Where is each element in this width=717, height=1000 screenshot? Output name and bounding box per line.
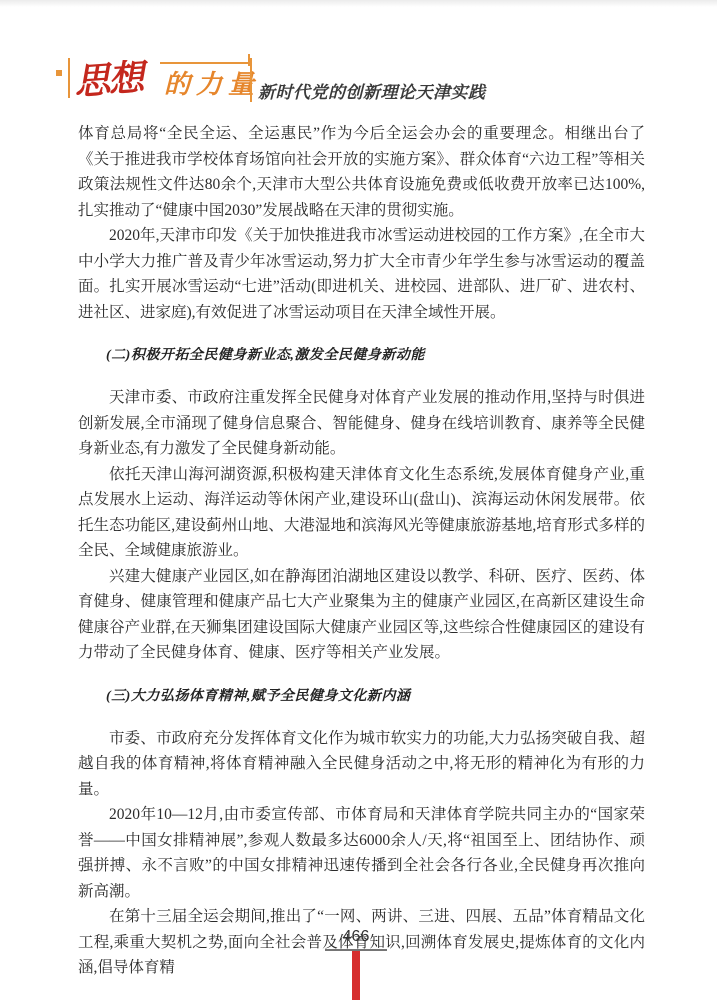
series-subtitle: 新时代党的创新理论天津实践 — [258, 78, 486, 103]
body-paragraph: 兴建大健康产业园区,如在静海团泊湖地区建设以教学、科研、医疗、医药、体育健身、健… — [78, 564, 645, 666]
page-number: 466 — [325, 928, 387, 951]
header-accent-square — [56, 70, 62, 76]
footer-red-bookmark-bar — [352, 951, 360, 1000]
body-paragraph: 2020年,天津市印发《关于加快推进我市冰雪运动进校园的工作方案》,在全市大中小… — [78, 223, 645, 325]
book-page: 思想 的力量 新时代党的创新理论天津实践 体育总局将“全民全运、全运惠民”作为今… — [0, 0, 717, 1000]
book-logo-subtext: 的力量 — [164, 64, 260, 101]
section-heading-2: (二)积极开拓全民健身新业态,激发全民健身新动能 — [78, 343, 645, 368]
header-accent-vline — [68, 58, 70, 98]
body-paragraph: 2020年10—12月,由市委宣传部、市体育局和天津体育学院共同主办的“国家荣誉… — [78, 802, 645, 904]
body-paragraph: 天津市委、市政府注重发挥全民健身对体育产业发展的推动作用,坚持与时俱进创新发展,… — [78, 385, 645, 462]
body-text-column: 体育总局将“全民全运、全运惠民”作为今后全运会办会的重要理念。相继出台了《关于推… — [78, 121, 645, 981]
page-header: 思想 的力量 新时代党的创新理论天津实践 — [44, 50, 604, 106]
body-paragraph: 体育总局将“全民全运、全运惠民”作为今后全运会办会的重要理念。相继出台了《关于推… — [78, 121, 645, 223]
body-paragraph: 市委、市政府充分发挥体育文化作为城市软实力的功能,大力弘扬突破自我、超越自我的体… — [78, 726, 645, 803]
book-logo-calligraphy: 思想 — [72, 50, 143, 106]
body-paragraph: 依托天津山海河湖资源,积极构建天津体育文化生态系统,发展体育健身产业,重点发展水… — [78, 462, 645, 564]
section-heading-3: (三)大力弘扬体育精神,赋予全民健身文化新内涵 — [78, 684, 645, 709]
header-divider — [250, 58, 252, 102]
